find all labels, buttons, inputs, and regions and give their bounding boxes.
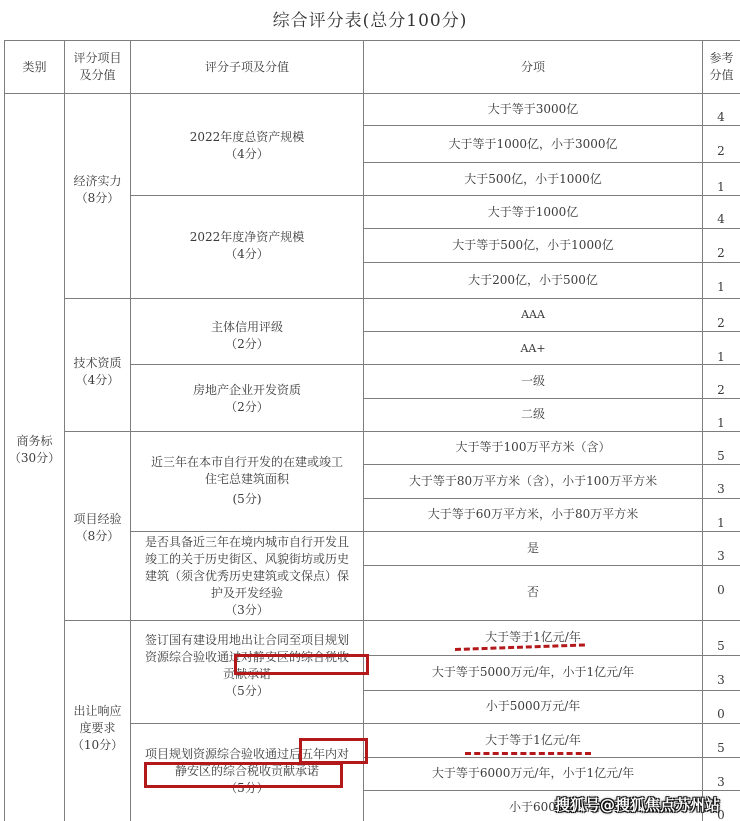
tier-row: 大于等于1亿元/年: [364, 628, 702, 646]
tier-points: 1: [703, 516, 739, 530]
tier-row: 大于等于3000亿: [364, 100, 702, 118]
tier-points: 0: [703, 707, 739, 721]
highlight-box-five-years: [299, 738, 368, 764]
tier-row: 是: [364, 539, 702, 557]
tier-row: 大于等于1000亿: [364, 203, 702, 221]
tier-points: 5: [703, 741, 739, 755]
tier-points: 2: [703, 246, 739, 260]
tier-points: 3: [703, 775, 739, 789]
group-label: 经济实力 （8分）: [65, 170, 130, 210]
watermark: 搜狐号@搜狐焦点苏州站: [555, 794, 720, 815]
tier-points: 1: [703, 280, 739, 294]
tier-points: 2: [703, 316, 739, 330]
subitem-net-assets: 2022年度净资产规模 （4分）: [131, 226, 363, 266]
header-subitem: 评分子项及分值: [131, 41, 363, 93]
header-tier: 分项: [364, 41, 702, 93]
header-item: 评分项目 及分值: [65, 41, 130, 93]
table-title: 综合评分表(总分100分): [0, 6, 740, 31]
highlight-box-tax-commitment: [234, 654, 369, 675]
tier-row: 大于等于1亿元/年: [364, 731, 702, 749]
tier-row: 大于等于100万平方米（含）: [364, 438, 702, 456]
group-label: 出让响应 度要求 （10分）: [65, 700, 130, 756]
subitem-total-assets: 2022年度总资产规模 （4分）: [131, 126, 363, 166]
tier-row: 大于等于6000万元/年，小于1亿元/年: [364, 764, 702, 782]
tier-points: 4: [703, 212, 739, 226]
subitem-developer-qualification: 房地产企业开发资质 （2分）: [131, 379, 363, 419]
tier-points: 1: [703, 416, 739, 430]
group-label: 项目经验 （8分）: [65, 508, 130, 548]
tier-points: 2: [703, 383, 739, 397]
group-label: 技术资质 （4分）: [65, 352, 130, 392]
tier-row: 大于等于5000万元/年，小于1亿元/年: [364, 663, 702, 681]
tier-row: AAA: [364, 305, 702, 323]
highlight-box-tax-commitment-2: [144, 762, 343, 788]
tier-points: 2: [703, 144, 739, 158]
tier-points: 1: [703, 350, 739, 364]
tier-points: 5: [703, 449, 739, 463]
tier-points: 3: [703, 482, 739, 496]
category-business: 商务标 （30分）: [5, 430, 64, 470]
tier-row: 大于等于80万平方米（含），小于100万平方米: [364, 472, 702, 490]
tier-points: 5: [703, 639, 739, 653]
tier-row: 大于200亿，小于500亿: [364, 271, 702, 289]
tier-row: 否: [364, 583, 702, 601]
header-category: 类别: [5, 41, 64, 93]
subitem-historic-experience: 是否具备近三年在境内城市自行开发且 竣工的关于历史街区、风貌街坊或历史 建筑（须…: [131, 532, 363, 620]
tier-row: 一级: [364, 372, 702, 390]
tier-points: 3: [703, 673, 739, 687]
tier-row: 大于等于500亿，小于1000亿: [364, 236, 702, 254]
tier-row: 大于500亿，小于1000亿: [364, 170, 702, 188]
tier-row: 大于等于1000亿，小于3000亿: [364, 135, 702, 153]
subitem-residential-area: 近三年在本市自行开发的在建或竣工 住宅总建筑面积 (5分): [131, 450, 363, 512]
tier-row: 小于5000万元/年: [364, 697, 702, 715]
tier-points: 1: [703, 180, 739, 194]
subitem-credit-rating: 主体信用评级 （2分）: [131, 316, 363, 356]
tier-points: 0: [703, 583, 739, 597]
tier-row: AA+: [364, 339, 702, 357]
tier-points: 4: [703, 110, 739, 124]
highlight-underline-2: [465, 752, 591, 755]
header-ref-score: 参考 分值: [703, 41, 740, 93]
tier-points: 3: [703, 549, 739, 563]
tier-row: 大于等于60万平方米，小于80万平方米: [364, 505, 702, 523]
tier-row: 二级: [364, 405, 702, 423]
